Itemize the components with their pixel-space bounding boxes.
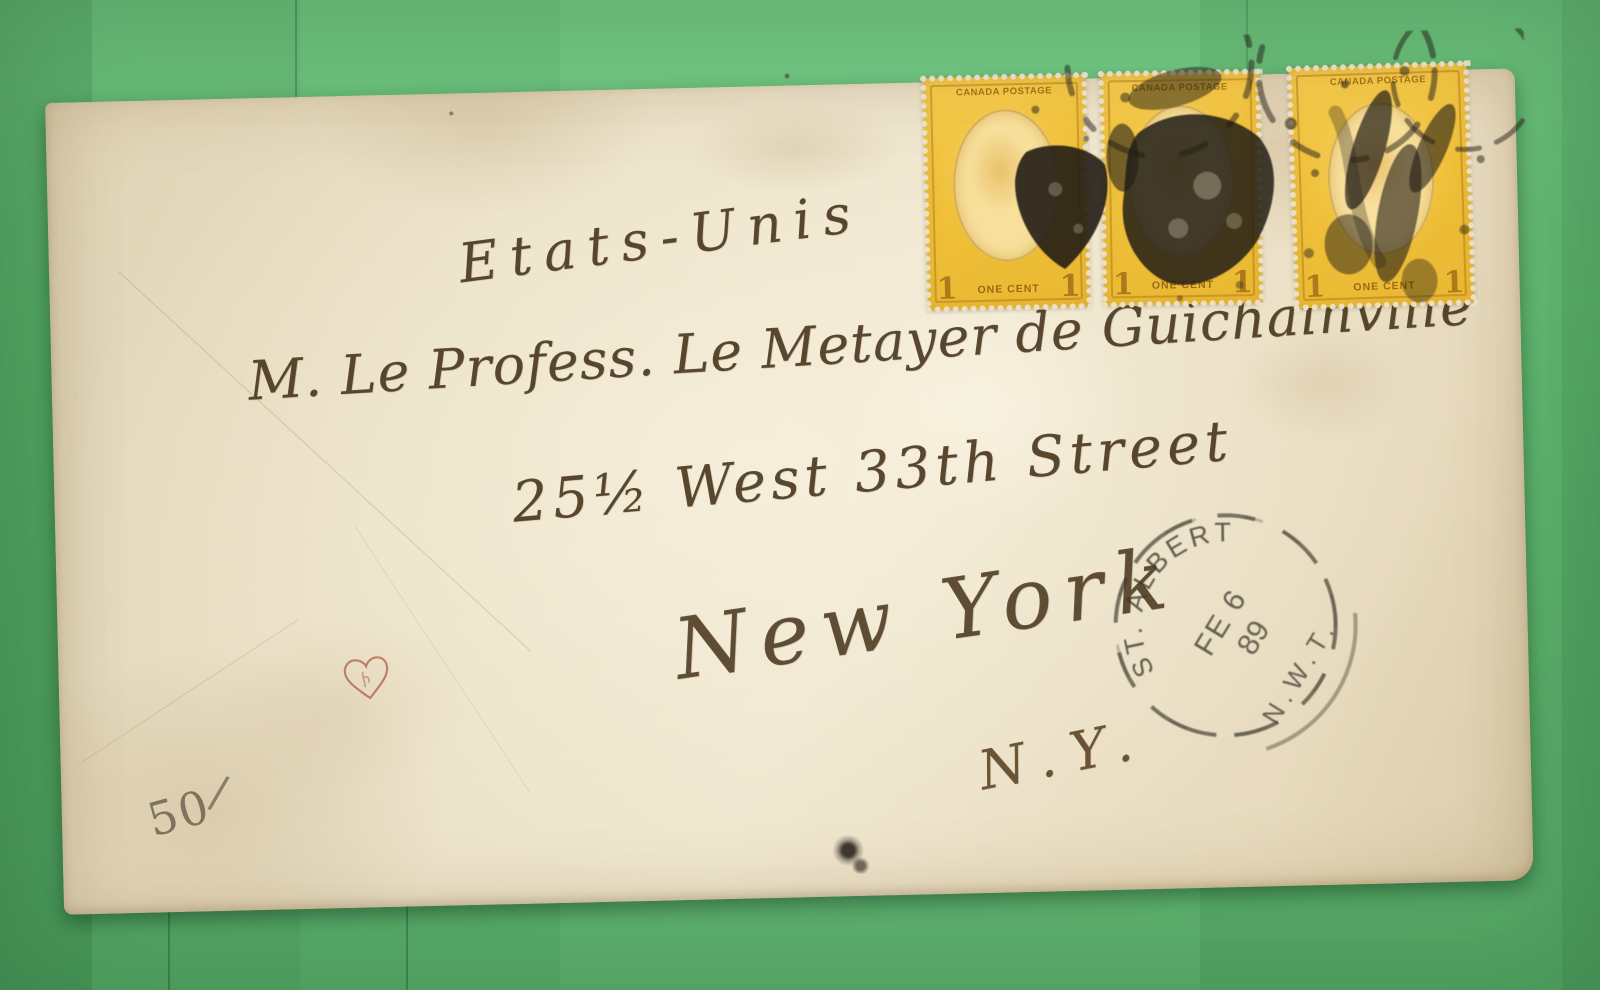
address-country: Etats-Unis xyxy=(455,181,866,295)
ink-speck xyxy=(449,111,453,115)
circular-datestamp: ST. ALBERT FE 6 89 N.W.T. xyxy=(1072,472,1379,779)
pencil-tick-mark: ∕ xyxy=(206,766,232,819)
photo-backdrop: Etats-Unis M. Le Profess. Le Metayer de … xyxy=(0,0,1600,990)
envelope: Etats-Unis M. Le Profess. Le Metayer de … xyxy=(45,68,1534,914)
heart-doodle-icon xyxy=(333,644,402,713)
backdrop-strip-right xyxy=(1562,0,1600,990)
pencil-price-note: 50 xyxy=(142,779,217,848)
backdrop-seam xyxy=(168,905,170,990)
ink-smudge xyxy=(828,832,878,876)
cancellation-marks xyxy=(874,28,1531,343)
envelope-crease xyxy=(118,271,531,651)
envelope-crease xyxy=(81,619,299,763)
envelope-stain xyxy=(685,101,907,196)
backdrop-seam xyxy=(295,0,297,106)
